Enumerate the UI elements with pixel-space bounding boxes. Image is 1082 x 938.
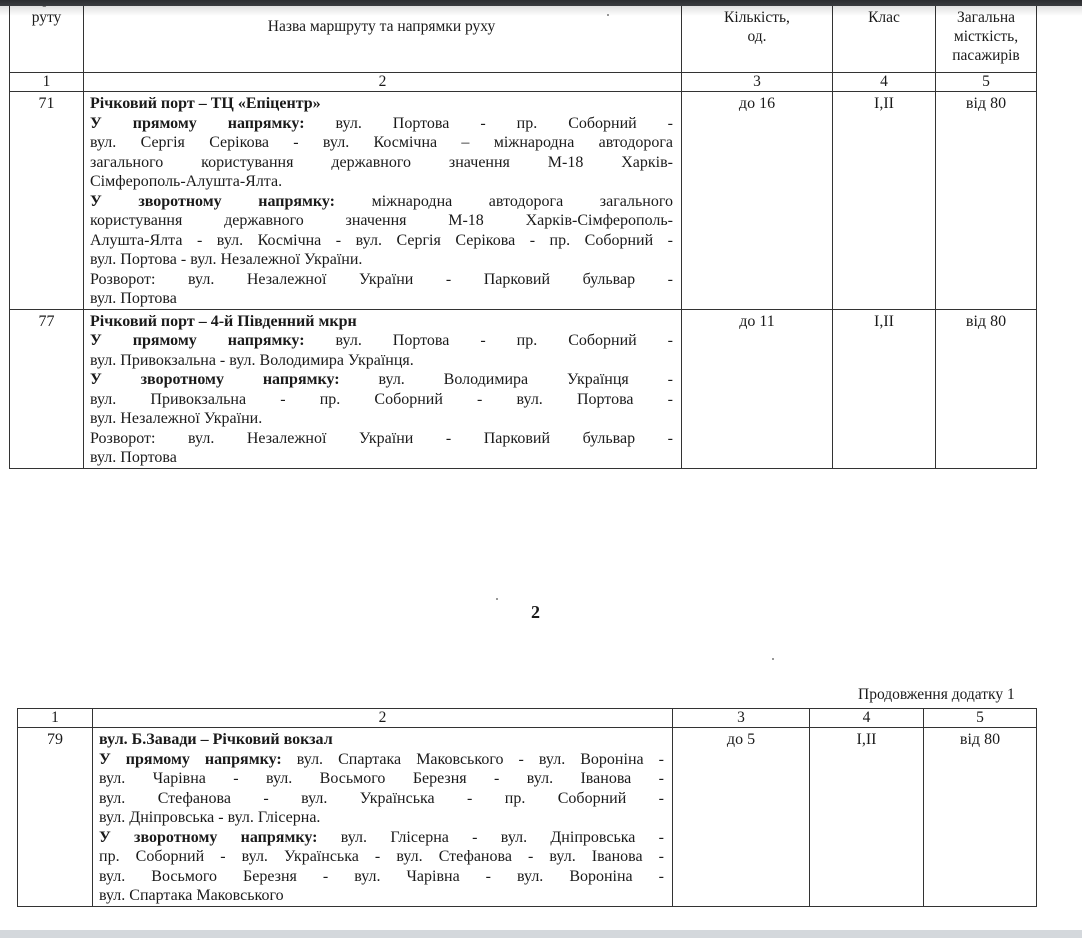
route-direction-line: У зворотному напрямку: міжнародна автодо… [90,192,673,212]
page-number: 2 [531,602,540,623]
column-number: 4 [810,709,924,728]
route-class: I,II [810,728,924,907]
route-description: Річковий порт – 4-й Південний мкрн У пря… [84,309,682,468]
route-quantity: до 16 [682,92,833,310]
route-number: 71 [10,92,84,310]
route-direction-line: Сімферополь-Алушта-Ялта. [90,172,673,192]
continuation-label: Продовження додатку 1 [858,686,1015,704]
route-direction-line: вул. Незалежної України. [90,409,673,429]
route-direction-line: Розворот: вул. Незалежної України - Парк… [90,270,673,290]
route-title: Річковий порт – ТЦ «Епіцентр» [90,94,673,114]
viewer-top-bar [0,0,1082,6]
route-direction-line: У прямому напрямку: вул. Портова - пр. С… [90,114,673,134]
route-direction-line: вул. Портова - вул. Незалежної України. [90,250,673,270]
route-direction-line: користування державного значення М-18 Ха… [90,211,673,231]
table-row: 77 Річковий порт – 4-й Південний мкрн У … [10,309,1037,468]
direction-label: У прямому напрямку: [90,115,305,132]
routes-table-page-2: 1 2 3 4 5 79 вул. Б.Завади – Річковий во… [17,708,1037,907]
route-capacity: від 80 [924,728,1037,907]
viewer-bottom-bar [0,930,1082,938]
route-class: I,II [833,309,936,468]
header-quantity-line2: од. [682,27,832,46]
column-number: 5 [936,73,1037,92]
column-number-row: 1 2 3 4 5 [10,73,1037,92]
column-number-row: 1 2 3 4 5 [18,709,1037,728]
route-direction-line: вул. Восьмого Березня - вул. Чарівна - в… [99,867,664,887]
column-number: 4 [833,73,936,92]
route-direction-line: У зворотному напрямку: вул. Володимира У… [90,370,673,390]
direction-label: У зворотному напрямку: [99,829,317,846]
direction-label: У зворотному напрямку: [90,371,340,388]
column-number: 2 [93,709,673,728]
route-capacity: від 80 [936,92,1037,310]
route-direction-line: вул. Привокзальна - пр. Соборний - вул. … [90,390,673,410]
column-number: 3 [673,709,810,728]
route-description: Річковий порт – ТЦ «Епіцентр» У прямому … [84,92,682,310]
scan-speck [772,658,774,660]
route-direction-line: вул. Дніпровська - вул. Глісерна. [99,808,664,828]
column-number: 1 [18,709,93,728]
scan-speck [496,598,498,600]
route-direction-line: У зворотному напрямку: вул. Глісерна - в… [99,828,664,848]
route-direction-line: Алушта-Ялта - вул. Космічна - вул. Сергі… [90,231,673,251]
route-direction-line: вул. Портова [90,448,673,468]
route-direction-line: У прямому напрямку: вул. Портова - пр. С… [90,331,673,351]
route-number: 77 [10,309,84,468]
column-number: 5 [924,709,1037,728]
column-number: 1 [10,73,84,92]
route-direction-line: вул. Портова [90,289,673,309]
route-title: Річковий порт – 4-й Південний мкрн [90,312,673,332]
routes-table-page-1: марш- руту Назва маршруту та напрямки ру… [9,0,1037,469]
header-capacity-line2: місткість, [936,27,1036,46]
direction-label: У прямому напрямку: [99,751,282,768]
route-description: вул. Б.Завади – Річковий вокзал У прямом… [93,728,673,907]
table-row: 71 Річковий порт – ТЦ «Епіцентр» У прямо… [10,92,1037,310]
route-number: 79 [18,728,93,907]
route-capacity: від 80 [936,309,1037,468]
route-direction-line: пр. Соборний - вул. Українська - вул. Ст… [99,847,664,867]
direction-label: У прямому напрямку: [90,332,305,349]
route-direction-line: вул. Спартака Маковського [99,886,664,906]
route-direction-line: Розворот: вул. Незалежної України - Парк… [90,429,673,449]
table-row: 79 вул. Б.Завади – Річковий вокзал У пря… [18,728,1037,907]
route-direction-line: вул. Привокзальна - вул. Володимира Укра… [90,351,673,371]
route-direction-line: вул. Сергія Серікова - вул. Космічна – м… [90,133,673,153]
route-title: вул. Б.Завади – Річковий вокзал [99,730,664,750]
route-quantity: до 11 [682,309,833,468]
column-number: 2 [84,73,682,92]
route-direction-line: вул. Чарівна - вул. Восьмого Березня - в… [99,769,664,789]
route-direction-line: загального користування державного значе… [90,153,673,173]
header-capacity-line3: пасажирів [936,46,1036,65]
direction-label: У зворотному напрямку: [90,193,335,210]
route-quantity: до 5 [673,728,810,907]
column-number: 3 [682,73,833,92]
route-direction-line: вул. Стефанова - вул. Українська - пр. С… [99,789,664,809]
route-class: I,II [833,92,936,310]
top-shadow [0,6,1082,16]
route-direction-line: У прямому напрямку: вул. Спартака Маковс… [99,750,664,770]
